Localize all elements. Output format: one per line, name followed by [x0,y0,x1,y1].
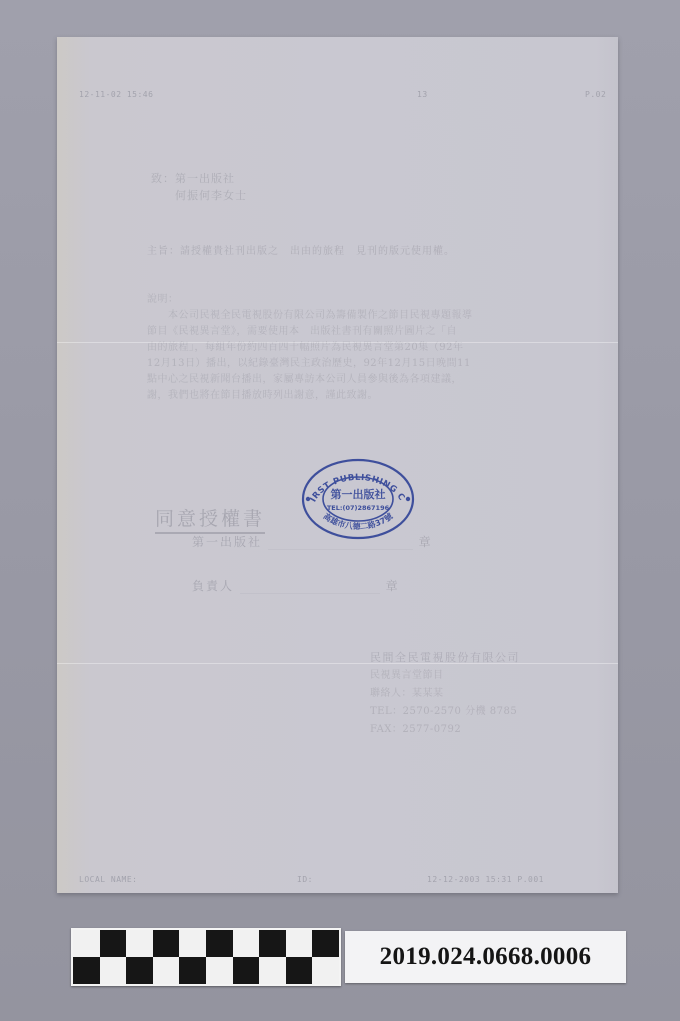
explanation-line: 點中心之民視新聞台播出，家屬專訪本公司人員參與後為各項建議， [147,372,557,388]
scale-square [312,930,339,957]
sender-fax: FAX：2577-0792 [370,721,520,739]
fax-header-page: P.02 [585,90,606,99]
sender-department: 民視異言堂節目 [370,667,520,685]
scale-square [153,930,180,957]
sender-block: 民間全民電視股份有限公司 民視異言堂節目 聯絡人：某某某 TEL：2570-25… [370,649,520,739]
seal-mark: 章 [386,579,400,593]
scale-square [259,957,286,984]
scale-square [100,957,127,984]
scale-square [206,930,233,957]
fax-footer-right: 12-12-2003 15:31 P.001 [427,875,544,884]
recipient-contact: 何振何李女士 [151,187,247,203]
fax-footer-left: LOCAL NAME: [79,875,137,884]
explanation-label: 說明： [147,292,557,308]
scale-square [179,957,206,984]
paper-fold-line [57,663,618,664]
sender-contact: 聯絡人：某某某 [370,685,520,703]
sender-tel: TEL：2570-2570 分機 8785 [370,703,520,721]
explanation-line: 本公司民視全民電視股份有限公司為籌備製作之節目民視專題報導 [147,308,557,324]
scale-square [286,957,313,984]
scale-square [126,930,153,957]
scale-square [179,930,206,957]
stamp-center-tel: TEL:(07)2867196 [327,504,390,512]
stamp-center-name: 第一出版社 [331,487,386,501]
scale-square [259,930,286,957]
explanation-line: 節目《民視異言堂》，需要使用本 出版社書刊有關照片圖片之「自 [147,324,557,340]
signature-field-representative: 負責人 章 [192,577,400,594]
signature-label: 負責人 [192,579,234,593]
fax-document: 12-11-02 15:46 13 P.02 致：第一出版社 何振何李女士 主旨… [57,37,618,893]
scale-square [233,930,260,957]
explanation-line: 12月13日）播出，以紀錄臺灣民主政治歷史，92年12月15日晚間11 [147,356,557,372]
fax-header-left: 12-11-02 15:46 [79,90,153,99]
scale-square [206,957,233,984]
subject-line: 主旨：請授權貴社刊出版之 出由的旅程 見刊的版元使用權。 [147,242,455,257]
scale-square [73,930,100,957]
scale-square [126,957,153,984]
scale-square [100,930,127,957]
scale-square [233,957,260,984]
scale-square [286,930,313,957]
signature-label: 第一出版社 [192,535,262,549]
signature-line [268,549,413,550]
fax-header-center: 13 [417,90,428,99]
sender-company: 民間全民電視股份有限公司 [370,649,520,667]
scale-square [312,957,339,984]
scale-square [73,957,100,984]
checkerboard-scale-bar [71,928,341,986]
fax-footer-center: ID: [297,875,313,884]
recipient-salutation: 致：第一出版社 [151,170,235,186]
seal-mark: 章 [419,535,433,549]
scale-square [153,957,180,984]
form-title: 同意授權書 [155,504,265,534]
catalog-number-label: 2019.024.0668.0006 [345,931,626,983]
explanation-block: 說明： 本公司民視全民電視股份有限公司為籌備製作之節目民視專題報導 節目《民視異… [147,292,557,404]
signature-line [240,593,380,594]
company-seal-stamp: FIRST PUBLISHING CO 高雄市八德二路37號 第一出版社 TEL… [300,458,416,540]
paper-fold-line [57,342,618,343]
explanation-line: 謝，我們也將在節目播放時列出謝意，謹此致謝。 [147,388,557,404]
